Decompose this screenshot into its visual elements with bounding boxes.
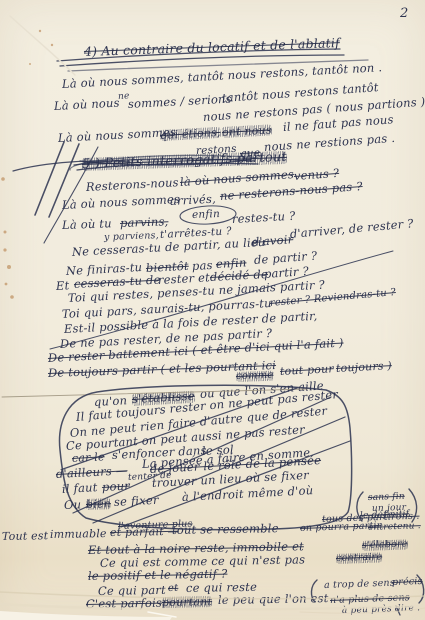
manuscript-line-struck: pour	[102, 481, 131, 494]
manuscript-line-struck: parvins,	[120, 216, 169, 229]
manuscript-line-struck: tout pour	[280, 363, 334, 377]
margin-note-struck: le définitif	[360, 510, 410, 521]
manuscript-line-scribbled: bien	[86, 498, 111, 510]
manuscript-line-scribbled: pourtant	[162, 596, 212, 608]
manuscript-line-struck: car le	[72, 451, 105, 464]
manuscript-line: il faut	[62, 482, 98, 495]
margin-note-struck: sans fin	[368, 493, 405, 503]
manuscript-line-struck: toujours )	[336, 360, 392, 374]
manuscript-line: Tout est	[2, 530, 48, 542]
manuscript-line: Ou	[64, 499, 82, 511]
manuscript-line: le peu que l'on est	[218, 593, 329, 606]
manuscript-line-struck: et	[168, 584, 179, 594]
manuscript-line-scribbled: qui étions,	[160, 127, 221, 141]
manuscript-line: Là où nous sommes	[58, 127, 177, 145]
margin-note: à peu près dire .	[342, 604, 421, 616]
manuscript-line: 4) Au contraire du locatif et de l'ablat…	[84, 37, 340, 58]
margin-note-struck: précis	[392, 577, 423, 588]
manuscript-line-scribbled: comme	[236, 371, 274, 382]
manuscript-line: se fixer	[114, 495, 159, 509]
manuscript-line: Resterons-nous	[86, 177, 179, 193]
manuscript-line: à l'endroit même d'où	[182, 485, 314, 503]
manuscript-line: Là où nous	[54, 98, 120, 113]
manuscript-line: immuable	[50, 528, 107, 540]
manuscript-line-struck: C'est parfois	[86, 598, 162, 611]
manuscript-line: sommes / serions	[128, 94, 232, 111]
manuscript-line-struck: et parfait —	[110, 526, 179, 538]
manuscript-line: arrivés,	[170, 194, 217, 208]
page-number: 2	[400, 6, 408, 21]
manuscript-line-scribbled: ont nous	[222, 124, 272, 138]
manuscript-line: Là où nous sommes	[62, 194, 181, 212]
margin-note-scribbled: contraire	[336, 552, 382, 563]
manuscript-line: tout se ressemble	[172, 523, 279, 536]
manuscript-line-struck: d'avoir	[252, 234, 294, 248]
circled-insertion: enfin	[192, 209, 220, 220]
margin-note-scribbled: s'élabore	[362, 539, 408, 550]
section-heading-scribbled: 5 ) Petits interrogatifs partout	[82, 151, 287, 171]
manuscript-page: 2 4) Au contraire du locatif et de l'abl…	[0, 0, 425, 620]
stain-specks	[1, 30, 53, 299]
margin-note-struck: entretenu .	[368, 522, 421, 533]
margin-note: a trop de sens	[324, 579, 395, 591]
manuscript-line: d'arriver, de rester ?	[289, 218, 414, 240]
manuscript-line: restes-tu ?	[232, 211, 296, 226]
manuscript-line: Là où tu	[62, 218, 112, 231]
